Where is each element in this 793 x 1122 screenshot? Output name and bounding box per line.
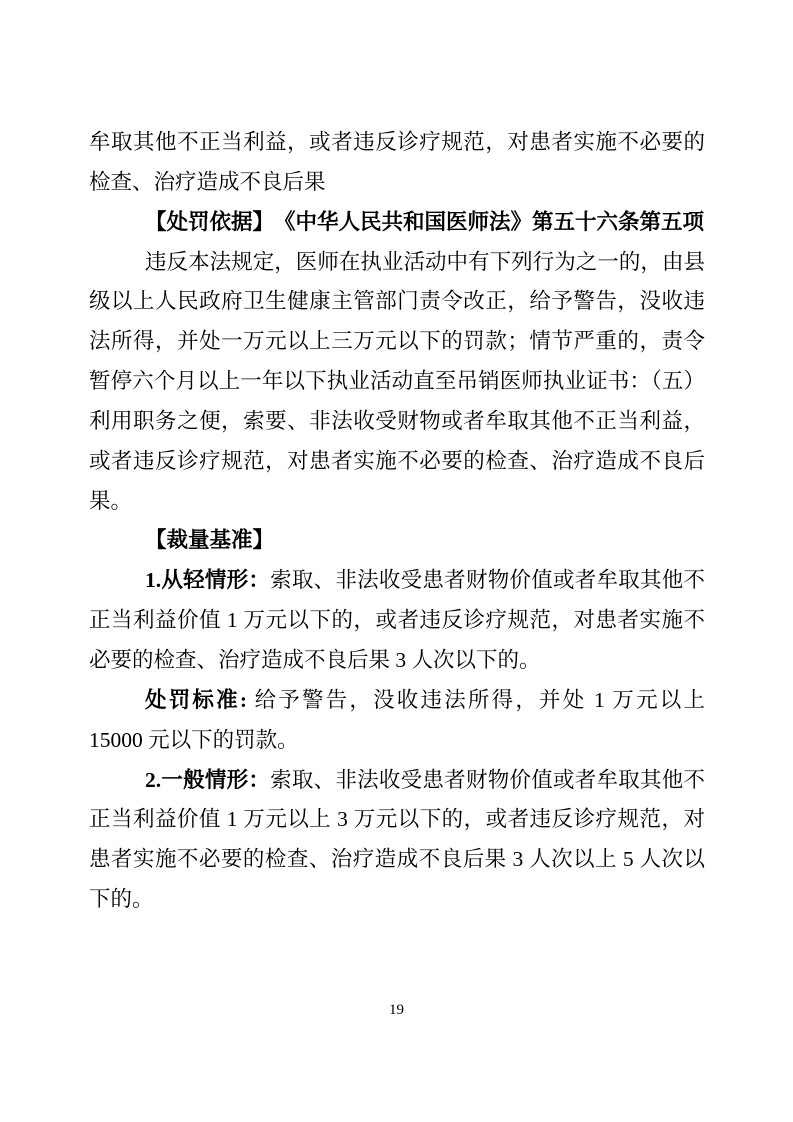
paragraph-text: 违反本法规定，医师在执业活动中有下列行为之一的，由县级以上人民政府卫生健康主管部… (89, 250, 705, 513)
paragraph-discretion-benchmark-heading: 【裁量基准】 (89, 521, 705, 561)
paragraph-lead: 1.从轻情形： (145, 568, 270, 592)
paragraph-penalty-standard: 处罚标准: 给予警告，没收违法所得，并处 1 万元以上 15000 元以下的罚款… (89, 681, 705, 761)
paragraph-lead: 【裁量基准】 (145, 528, 274, 552)
paragraph-penalty-basis-heading: 【处罚依据】 《中华人民共和国医师法》第五十六条第五项 (89, 203, 705, 243)
paragraph-lenient-circumstance: 1.从轻情形：索取、非法收受患者财物价值或者牟取其他不正当利益价值 1 万元以下… (89, 561, 705, 681)
paragraph-lead: 2.一般情形： (145, 768, 270, 792)
paragraph-continuation: 牟取其他不正当利益，或者违反诊疗规范，对患者实施不必要的检查、治疗造成不良后果 (89, 123, 705, 203)
paragraph-lead: 处罚标准: (145, 688, 247, 712)
paragraph-general-circumstance: 2.一般情形：索取、非法收受患者财物价值或者牟取其他不正当利益价值 1 万元以上… (89, 761, 705, 920)
document-body: 牟取其他不正当利益，或者违反诊疗规范，对患者实施不必要的检查、治疗造成不良后果 … (89, 123, 705, 920)
document-page: 牟取其他不正当利益，或者违反诊疗规范，对患者实施不必要的检查、治疗造成不良后果 … (0, 0, 793, 1122)
paragraph-law-citation: 违反本法规定，医师在执业活动中有下列行为之一的，由县级以上人民政府卫生健康主管部… (89, 243, 705, 522)
paragraph-lead: 【处罚依据】 《中华人民共和国医师法》第五十六条第五项 (145, 210, 704, 234)
page-number: 19 (0, 1000, 793, 1020)
paragraph-text: 牟取其他不正当利益，或者违反诊疗规范，对患者实施不必要的检查、治疗造成不良后果 (89, 130, 705, 194)
